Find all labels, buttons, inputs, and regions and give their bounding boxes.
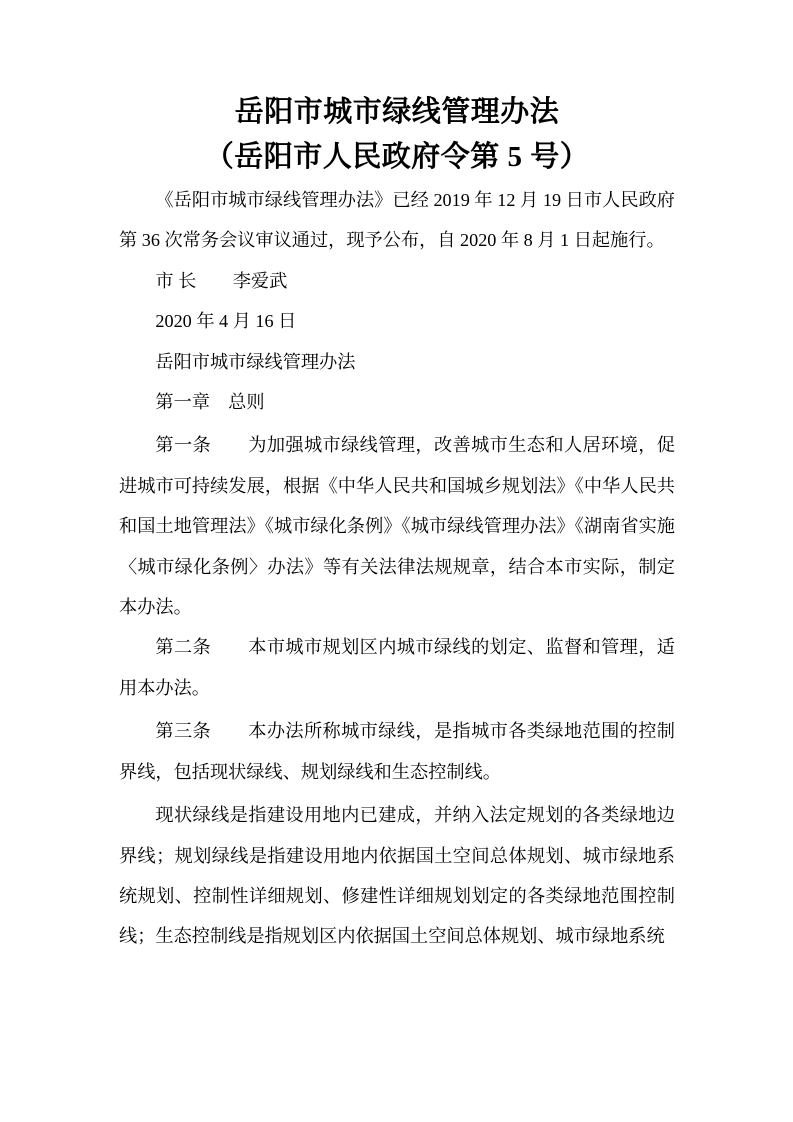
paragraph-mayor-signature: 市 长 李爱武 bbox=[119, 261, 675, 301]
paragraph-promulgation-notice: 《岳阳市城市绿线管理办法》已经 2019 年 12 月 19 日市人民政府第 3… bbox=[119, 180, 675, 261]
paragraph-chapter-1-heading: 第一章 总则 bbox=[119, 382, 675, 422]
paragraph-document-name: 岳阳市城市绿线管理办法 bbox=[119, 342, 675, 382]
paragraph-signature-date: 2020 年 4 月 16 日 bbox=[119, 301, 675, 341]
document-subtitle: （岳阳市人民政府令第 5 号） bbox=[119, 135, 675, 180]
document-title: 岳阳市城市绿线管理办法 bbox=[119, 90, 675, 135]
document-page: 岳阳市城市绿线管理办法 （岳阳市人民政府令第 5 号） 《岳阳市城市绿线管理办法… bbox=[0, 0, 793, 1122]
paragraph-greenline-definitions: 现状绿线是指建设用地内已建成，并纳入法定规划的各类绿地边界线；规划绿线是指建设用… bbox=[119, 795, 675, 957]
paragraph-article-2: 第二条 本市城市规划区内城市绿线的划定、监督和管理，适用本办法。 bbox=[119, 627, 675, 708]
paragraph-article-3: 第三条 本办法所称城市绿线，是指城市各类绿地范围的控制界线，包括现状绿线、规划绿… bbox=[119, 711, 675, 792]
paragraph-article-1: 第一条 为加强城市绿线管理，改善城市生态和人居环境，促进城市可持续发展，根据《中… bbox=[119, 425, 675, 627]
document-body: 《岳阳市城市绿线管理办法》已经 2019 年 12 月 19 日市人民政府第 3… bbox=[119, 180, 675, 957]
